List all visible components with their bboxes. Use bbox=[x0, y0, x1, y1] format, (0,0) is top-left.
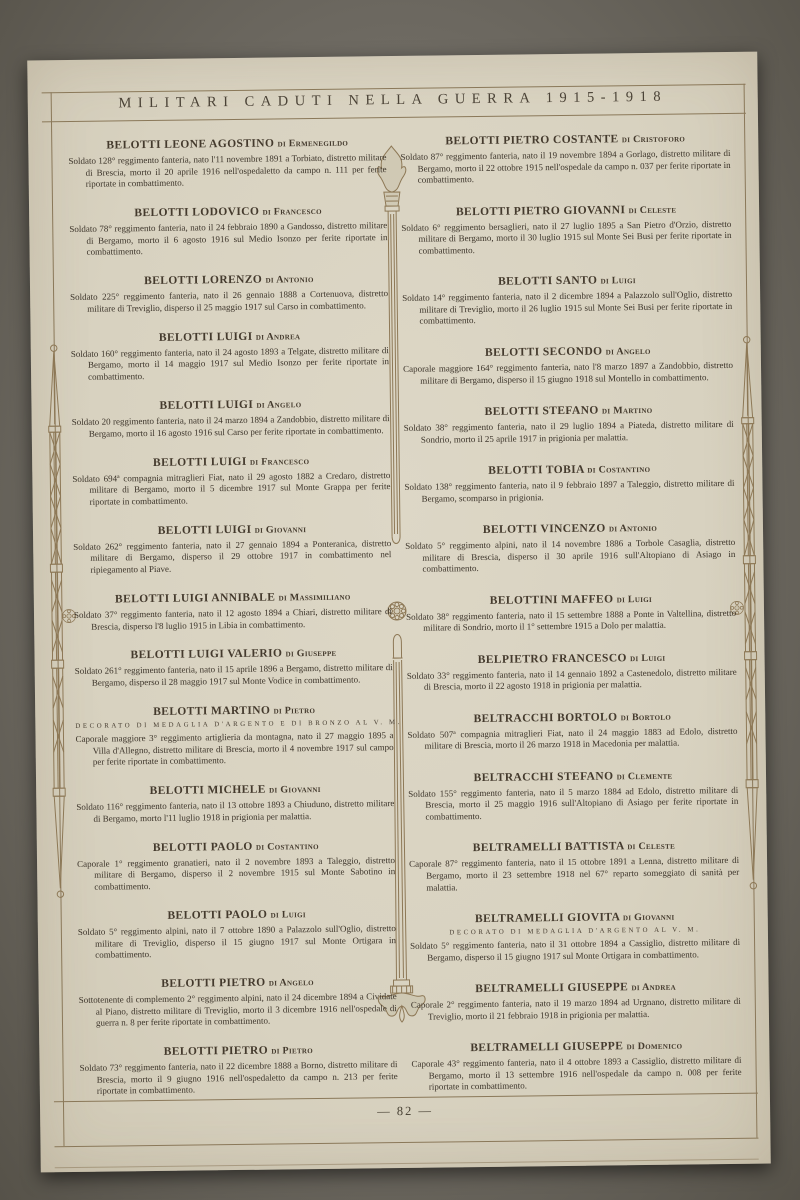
memorial-entry: BELOTTI LUIGI di Angelo Soldato 20 reggi… bbox=[71, 397, 389, 440]
entry-heading: BELTRACCHI STEFANO di Clemente bbox=[408, 769, 738, 785]
soldier-name: BELOTTI LUIGI bbox=[153, 455, 247, 468]
entry-text: Soldato 261° reggimento fanteria, nato i… bbox=[75, 663, 393, 690]
entry-text: Soldato 116° reggimento fanteria, nato i… bbox=[76, 798, 394, 825]
left-column: BELOTTI LEONE AGOSTINO di Ermenegildo So… bbox=[68, 136, 398, 1098]
father-name: di Antonio bbox=[609, 523, 657, 535]
memorial-entry: BELOTTI LUIGI di Andrea Soldato 160° reg… bbox=[71, 329, 390, 384]
father-name: di Giovanni bbox=[255, 524, 307, 536]
father-name: di Celeste bbox=[629, 204, 677, 216]
entry-heading: BELOTTI TOBIA di Costantino bbox=[404, 462, 734, 478]
soldier-name: BELOTTI PIETRO GIOVANNI bbox=[456, 204, 626, 218]
soldier-name: BELTRAMELLI GIUSEPPE bbox=[470, 1041, 623, 1055]
soldier-name: BELOTTI VINCENZO bbox=[483, 523, 606, 536]
soldier-name: BELTRAMELLI BATTISTA bbox=[473, 841, 624, 855]
entry-heading: BELTRAMELLI GIUSEPPE di Domenico bbox=[411, 1039, 741, 1055]
father-name: di Andrea bbox=[631, 982, 676, 994]
page-number: — 82 — bbox=[40, 1100, 770, 1124]
memorial-entry: BELOTTI STEFANO di Martino Soldato 38° r… bbox=[403, 403, 733, 446]
memorial-entry: BELTRACCHI BORTOLO di Bortolo Soldato 50… bbox=[407, 710, 737, 753]
entry-text: Soldato 155° reggimento fanteria, nato i… bbox=[408, 785, 738, 824]
entry-text: Soldato 33° reggimento fanteria, nato il… bbox=[407, 667, 737, 694]
right-margin-rule bbox=[744, 84, 758, 1138]
entry-text: Soldato 5° reggimento alpini, nato il 14… bbox=[405, 537, 735, 576]
father-name: di Clemente bbox=[617, 771, 673, 783]
father-name: di Ermenegildo bbox=[278, 138, 349, 150]
entry-heading: BELOTTI SECONDO di Angelo bbox=[403, 344, 733, 360]
entry-heading: BELTRAMELLI GIUSEPPE di Andrea bbox=[411, 980, 741, 996]
entry-heading: BELOTTI MICHELE di Giovanni bbox=[76, 782, 394, 798]
entry-text: Soldato 5° reggimento alpini, nato il 7 … bbox=[78, 923, 396, 962]
father-name: di Giovanni bbox=[269, 784, 321, 796]
title-bottom-rule bbox=[42, 113, 746, 123]
father-name: di Massimiliano bbox=[278, 591, 350, 603]
father-name: di Costantino bbox=[256, 841, 319, 853]
memorial-entry: BELOTTI MICHELE di Giovanni Soldato 116°… bbox=[76, 782, 394, 825]
memorial-entry: BELTRAMELLI GIOVITA di Giovanni DECORATO… bbox=[410, 910, 741, 964]
entry-text: Soldato 5° reggimento fanteria, nato il … bbox=[410, 937, 740, 964]
entry-heading: BELOTTI LUIGI di Francesco bbox=[72, 454, 390, 470]
memorial-entry: BELOTTI PIETRO GIOVANNI di Celeste Solda… bbox=[401, 203, 732, 258]
memorial-entry: BELOTTI LUIGI di Giovanni Soldato 262° r… bbox=[73, 522, 392, 577]
footer-bottom-rule bbox=[55, 1138, 759, 1148]
photographed-book-page: MILITARI CADUTI NELLA GUERRA 1915-1918 bbox=[0, 0, 800, 1200]
memorial-entry: BELTRAMELLI BATTISTA di Celeste Caporale… bbox=[409, 839, 740, 894]
memorial-entry: BELOTTI PIETRO di Angelo Sottotenente di… bbox=[78, 975, 397, 1030]
entry-text: Caporale maggiore 3° reggimento artiglie… bbox=[75, 730, 393, 769]
entry-text: Caporale maggiore 164° reggimento fanter… bbox=[403, 360, 733, 387]
soldier-name: BELOTTI SANTO bbox=[498, 275, 597, 288]
entry-heading: BELOTTI LUIGI di Angelo bbox=[71, 397, 389, 413]
entry-heading: BELOTTI SANTO di Luigi bbox=[402, 273, 732, 289]
soldier-name: BELOTTI LUIGI VALERIO bbox=[130, 648, 282, 662]
memorial-entry: BELOTTI LUIGI di Francesco Soldato 694ª … bbox=[72, 454, 391, 509]
entry-text: Soldato 138° reggimento fanteria, nato i… bbox=[404, 478, 734, 505]
entry-text: Soldato 507ª compagnia mitraglieri Fiat,… bbox=[407, 726, 737, 753]
entry-heading: BELTRACCHI BORTOLO di Bortolo bbox=[407, 710, 737, 726]
memorial-entry: BELOTTI LUIGI ANNIBALE di Massimiliano S… bbox=[74, 590, 392, 633]
entry-text: Soldato 262° reggimento fanteria, nato i… bbox=[73, 538, 391, 577]
book-page: MILITARI CADUTI NELLA GUERRA 1915-1918 bbox=[27, 52, 771, 1173]
memorial-entry: BELOTTI SANTO di Luigi Soldato 14° reggi… bbox=[402, 273, 733, 328]
entry-text: Soldato 73° reggimento fanteria, nato il… bbox=[79, 1059, 397, 1098]
soldier-name: BELOTTI LORENZO bbox=[144, 274, 262, 287]
memorial-entry: BELPIETRO FRANCESCO di Luigi Soldato 33°… bbox=[407, 651, 737, 694]
entry-text: Soldato 78° reggimento fanteria, nato il… bbox=[69, 220, 387, 259]
memorial-entry: BELOTTI TOBIA di Costantino Soldato 138°… bbox=[404, 462, 734, 505]
soldier-name: BELOTTI LODOVICO bbox=[134, 206, 259, 220]
father-name: di Pietro bbox=[273, 705, 315, 717]
father-name: di Angelo bbox=[256, 399, 301, 411]
page-edge-rule bbox=[55, 1159, 759, 1169]
father-name: di Angelo bbox=[606, 346, 651, 358]
left-margin-rule bbox=[51, 92, 65, 1146]
soldier-name: BELOTTI PIETRO COSTANTE bbox=[445, 133, 618, 147]
father-name: di Luigi bbox=[630, 652, 665, 663]
entry-heading: BELOTTI PIETRO GIOVANNI di Celeste bbox=[401, 203, 731, 219]
memorial-entry: BELOTTINI MAFFEO di Luigi Soldato 38° re… bbox=[406, 592, 736, 635]
soldier-name: BELOTTI PAOLO bbox=[167, 909, 267, 922]
father-name: di Francesco bbox=[263, 206, 322, 218]
entry-heading: BELOTTI PIETRO di Pietro bbox=[79, 1043, 397, 1059]
entry-text: Sottotenente di complemento 2° reggiment… bbox=[79, 991, 397, 1030]
entry-text: Caporale 2° reggimento fanteria, nato il… bbox=[411, 996, 741, 1023]
father-name: di Bortolo bbox=[621, 711, 671, 723]
decoration-line: DECORATO DI MEDAGLIA D'ARGENTO E DI BRON… bbox=[75, 719, 393, 730]
memorial-entry: BELTRAMELLI GIUSEPPE di Domenico Caporal… bbox=[411, 1039, 742, 1094]
soldier-name: BELTRACCHI BORTOLO bbox=[473, 711, 617, 725]
entry-heading: BELOTTI PAOLO di Costantino bbox=[77, 839, 395, 855]
entry-heading: BELOTTI PAOLO di Luigi bbox=[78, 907, 396, 923]
entry-heading: BELOTTI VINCENZO di Antonio bbox=[405, 521, 735, 537]
entry-text: Soldato 694ª compagnia mitraglieri Fiat,… bbox=[72, 470, 390, 509]
soldier-name: BELTRAMELLI GIUSEPPE bbox=[475, 981, 628, 995]
memorial-entry: BELOTTI MARTINO di Pietro DECORATO DI ME… bbox=[75, 703, 394, 769]
entry-heading: BELOTTI PIETRO COSTANTE di Cristoforo bbox=[400, 132, 730, 148]
entry-text: Soldato 20 reggimento fanteria, nato il … bbox=[72, 413, 390, 440]
father-name: di Luigi bbox=[617, 594, 652, 605]
soldier-name: BELOTTI LUIGI bbox=[158, 524, 252, 537]
entry-text: Caporale 1° reggimento granatieri, nato … bbox=[77, 855, 395, 894]
entry-heading: BELOTTI LUIGI di Giovanni bbox=[73, 522, 391, 538]
entry-heading: BELOTTI LEONE AGOSTINO di Ermenegildo bbox=[68, 136, 386, 152]
entry-heading: BELOTTINI MAFFEO di Luigi bbox=[406, 592, 736, 608]
entry-heading: BELOTTI LUIGI VALERIO di Giuseppe bbox=[74, 647, 392, 663]
father-name: di Pietro bbox=[271, 1045, 313, 1057]
soldier-name: BELOTTI MARTINO bbox=[153, 705, 270, 718]
entry-text: Soldato 38° reggimento fanteria, nato il… bbox=[404, 419, 734, 446]
soldier-name: BELOTTI SECONDO bbox=[485, 345, 603, 358]
entry-heading: BELTRAMELLI BATTISTA di Celeste bbox=[409, 839, 739, 855]
soldier-name: BELPIETRO FRANCESCO bbox=[478, 652, 627, 666]
entry-heading: BELOTTI PIETRO di Angelo bbox=[78, 975, 396, 991]
entry-heading: BELOTTI LUIGI di Andrea bbox=[71, 329, 389, 345]
father-name: di Martino bbox=[602, 405, 653, 417]
memorial-entry: BELTRAMELLI GIUSEPPE di Andrea Caporale … bbox=[411, 980, 741, 1023]
father-name: di Andrea bbox=[256, 331, 301, 343]
father-name: di Luigi bbox=[601, 275, 636, 286]
entry-text: Soldato 37° reggimento fanteria, nato il… bbox=[74, 606, 392, 633]
entry-text: Soldato 38° reggimento fanteria, nato il… bbox=[406, 608, 736, 635]
memorial-entry: BELTRACCHI STEFANO di Clemente Soldato 1… bbox=[408, 769, 739, 824]
memorial-entry: BELOTTI LUIGI VALERIO di Giuseppe Soldat… bbox=[74, 647, 392, 690]
father-name: di Antonio bbox=[265, 274, 313, 286]
soldier-name: BELOTTI LUIGI bbox=[159, 331, 253, 344]
memorial-entry: BELOTTI LEONE AGOSTINO di Ermenegildo So… bbox=[68, 136, 387, 191]
entry-text: Caporale 87° reggimento fanteria, nato i… bbox=[409, 855, 739, 894]
entry-text: Soldato 14° reggimento fanteria, nato il… bbox=[402, 289, 732, 328]
father-name: di Francesco bbox=[250, 456, 309, 468]
entry-heading: BELOTTI LUIGI ANNIBALE di Massimiliano bbox=[74, 590, 392, 606]
decoration-line: DECORATO DI MEDAGLIA D'ARGENTO AL V. M. bbox=[410, 926, 740, 937]
soldier-name: BELTRACCHI STEFANO bbox=[474, 770, 614, 784]
father-name: di Angelo bbox=[269, 977, 314, 989]
entry-heading: BELPIETRO FRANCESCO di Luigi bbox=[407, 651, 737, 667]
father-name: di Costantino bbox=[587, 464, 650, 476]
father-name: di Domenico bbox=[626, 1041, 682, 1053]
entry-text: Soldato 6° reggimento bersaglieri, nato … bbox=[401, 219, 731, 258]
soldier-name: BELOTTI PIETRO bbox=[164, 1045, 268, 1058]
memorial-entry: BELOTTI LODOVICO di Francesco Soldato 78… bbox=[69, 204, 388, 259]
entry-heading: BELOTTI MARTINO di Pietro bbox=[75, 703, 393, 719]
right-column: BELOTTI PIETRO COSTANTE di Cristoforo So… bbox=[400, 132, 742, 1094]
father-name: di Giovanni bbox=[623, 912, 675, 924]
soldier-name: BELOTTI TOBIA bbox=[488, 464, 584, 477]
memorial-entry: BELOTTI PAOLO di Costantino Caporale 1° … bbox=[77, 839, 396, 894]
entry-heading: BELOTTI LORENZO di Antonio bbox=[70, 272, 388, 288]
soldier-name: BELOTTI LEONE AGOSTINO bbox=[106, 137, 274, 151]
memorial-entry: BELOTTI PIETRO COSTANTE di Cristoforo So… bbox=[400, 132, 731, 187]
memorial-entry: BELOTTI LORENZO di Antonio Soldato 225° … bbox=[70, 272, 388, 315]
soldier-name: BELTRAMELLI GIOVITA bbox=[475, 911, 620, 925]
father-name: di Luigi bbox=[271, 909, 306, 920]
soldier-name: BELOTTINI MAFFEO bbox=[490, 593, 614, 607]
father-name: di Giuseppe bbox=[286, 648, 337, 660]
entry-heading: BELOTTI STEFANO di Martino bbox=[403, 403, 733, 419]
soldier-name: BELOTTI LUIGI bbox=[159, 399, 253, 412]
entry-text: Caporale 43° reggimento fanteria, nato i… bbox=[411, 1055, 741, 1094]
entry-text: Soldato 87° reggimento fanteria, nato il… bbox=[400, 148, 730, 187]
entry-text: Soldato 225° reggimento fanteria, nato i… bbox=[70, 288, 388, 315]
soldier-name: BELOTTI LUIGI ANNIBALE bbox=[115, 591, 275, 605]
soldier-name: BELOTTI STEFANO bbox=[485, 405, 599, 418]
entry-text: Soldato 128° reggimento fanteria, nato l… bbox=[68, 152, 386, 191]
entry-heading: BELTRAMELLI GIOVITA di Giovanni bbox=[410, 910, 740, 926]
memorial-entry: BELOTTI VINCENZO di Antonio Soldato 5° r… bbox=[405, 521, 736, 576]
father-name: di Cristoforo bbox=[622, 133, 685, 145]
soldier-name: BELOTTI PIETRO bbox=[161, 977, 265, 990]
memorial-entry: BELOTTI SECONDO di Angelo Caporale maggi… bbox=[403, 344, 733, 387]
father-name: di Celeste bbox=[627, 841, 675, 853]
entry-heading: BELOTTI LODOVICO di Francesco bbox=[69, 204, 387, 220]
memorial-entry: BELOTTI PIETRO di Pietro Soldato 73° reg… bbox=[79, 1043, 398, 1098]
entry-text: Soldato 160° reggimento fanteria, nato i… bbox=[71, 345, 389, 384]
soldier-name: BELOTTI MICHELE bbox=[150, 784, 266, 797]
memorial-entry: BELOTTI PAOLO di Luigi Soldato 5° reggim… bbox=[78, 907, 397, 962]
soldier-name: BELOTTI PAOLO bbox=[153, 841, 253, 854]
